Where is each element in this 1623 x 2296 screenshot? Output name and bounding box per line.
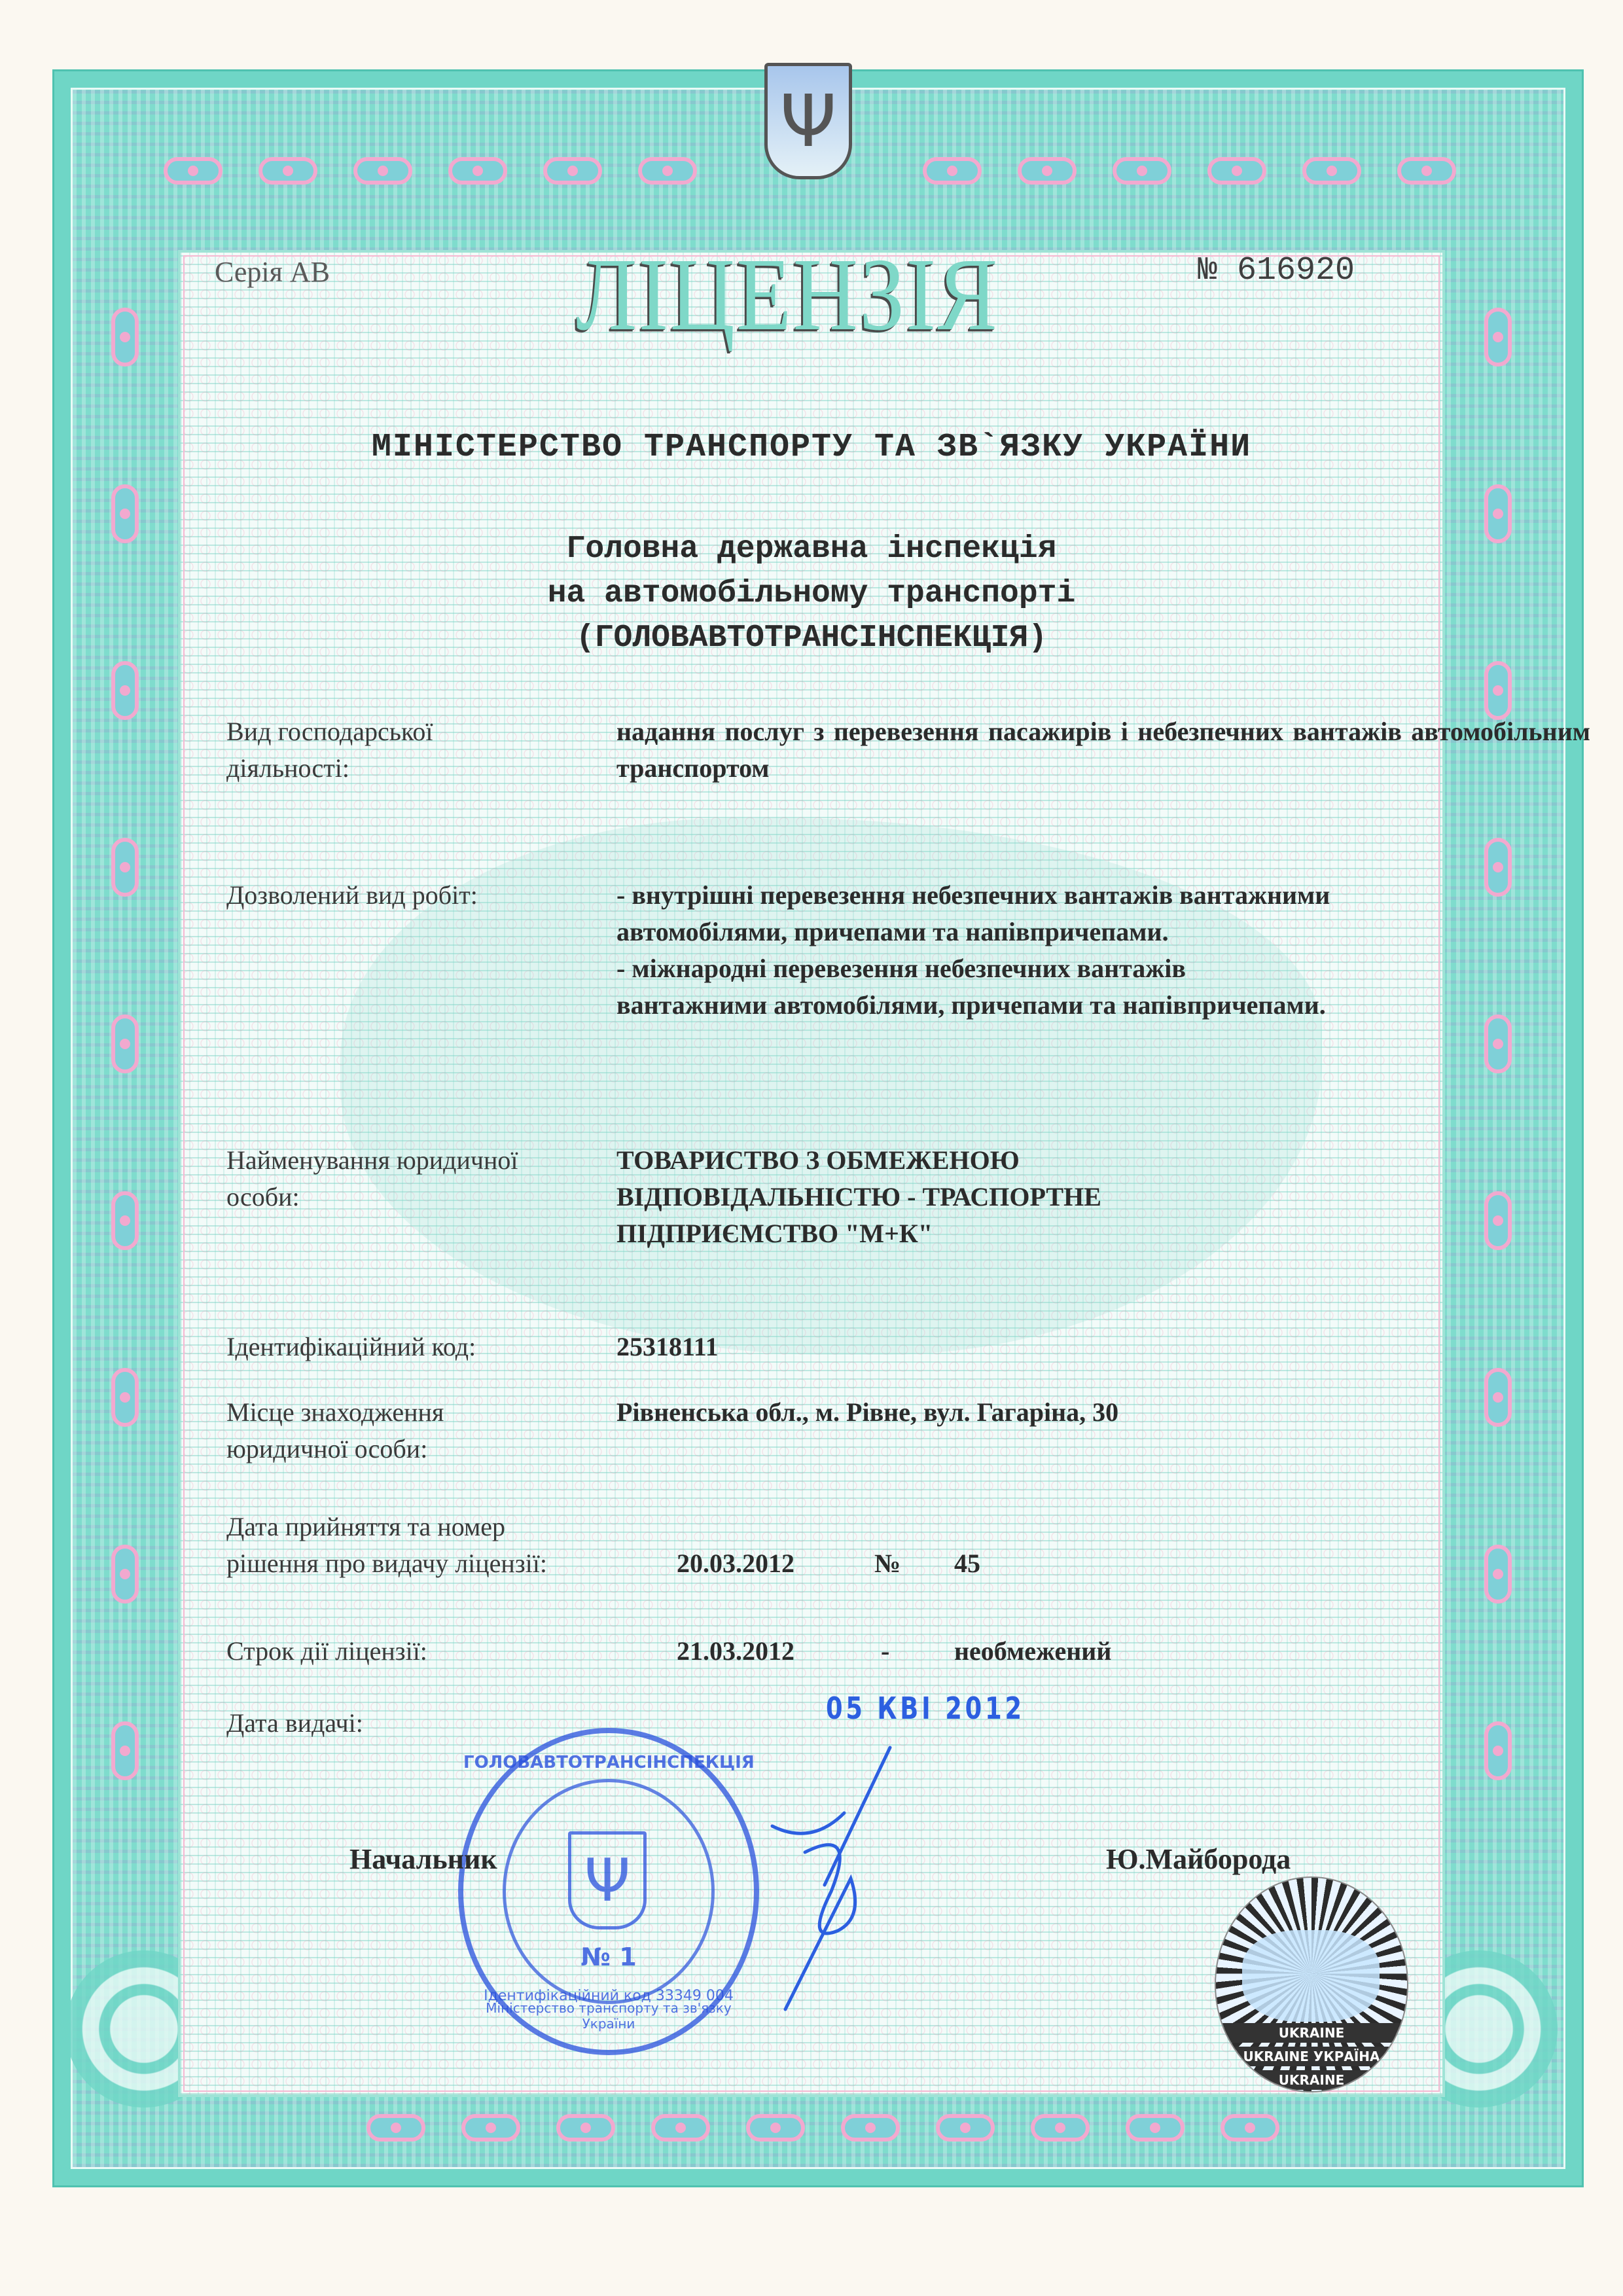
rosette-ornament	[1113, 157, 1171, 185]
field-label: Місце знаходження юридичної особи:	[226, 1394, 514, 1467]
validity-end: необмежений	[954, 1633, 1111, 1670]
rosette-ornament	[556, 2114, 615, 2142]
rosette-ornament	[111, 1368, 139, 1427]
hologram-band: UKRAINE УКРАЇНА	[1216, 2047, 1407, 2066]
validity-start: 21.03.2012	[677, 1633, 794, 1670]
seal-number: № 1	[463, 1943, 754, 1971]
hologram-band: UKRAINE	[1216, 2070, 1407, 2090]
rosette-ornament	[164, 157, 223, 185]
rosette-ornament	[841, 2114, 900, 2142]
decision-number-sign: №	[874, 1545, 901, 1582]
rosette-ornament	[1484, 1191, 1512, 1250]
decision-date: 20.03.2012	[677, 1545, 794, 1582]
decision-number: 45	[954, 1545, 980, 1582]
rosette-ornament	[1126, 2114, 1185, 2142]
rosette-ornament	[1484, 838, 1512, 897]
field-label: Ідентифікаційний код:	[226, 1329, 593, 1365]
rosette-ornament	[111, 1721, 139, 1780]
rosette-ornament	[1018, 157, 1077, 185]
seal-top-text: ГОЛОВАВТОТРАНСІНСПЕКЦІЯ	[463, 1753, 754, 1772]
rosette-ornament	[1484, 661, 1512, 720]
rosette-ornament	[111, 1191, 139, 1250]
handwritten-signature	[726, 1734, 923, 2022]
field-value-list: - внутрішні перевезення небезпечних вант…	[616, 877, 1336, 1024]
security-hologram: UKRAINE UKRAINE УКРАЇНА UKRAINE	[1215, 1876, 1408, 2092]
field-label: Дата видачі:	[226, 1705, 593, 1742]
document-title: ЛІЦЕНЗІЯ	[576, 234, 999, 354]
ministry-heading: МІНІСТЕРСТВО ТРАНСПОРТУ ТА ЗВ`ЯЗКУ УКРАЇ…	[0, 429, 1623, 466]
rosette-ornament	[111, 661, 139, 720]
rosette-ornament	[353, 157, 412, 185]
field-label: Дозволений вид робіт:	[226, 877, 593, 914]
field-label: Вид господарської діяльності:	[226, 713, 488, 787]
series-label: Серія АВ	[215, 255, 330, 289]
rosette-ornament	[923, 157, 982, 185]
field-label: Строк дії ліцензії:	[226, 1633, 593, 1670]
rosette-ornament	[111, 1545, 139, 1604]
hologram-band: UKRAINE	[1216, 2023, 1407, 2043]
rosette-ornament	[1031, 2114, 1090, 2142]
rosette-ornament	[448, 157, 507, 185]
license-number: № 616920	[1198, 252, 1355, 289]
permitted-work-item: - міжнародні перевезення небезпечних ван…	[616, 950, 1336, 1024]
inspection-line: Головна державна інспекція	[0, 527, 1623, 571]
signatory-position: Начальник	[349, 1842, 497, 1876]
rosette-ornament	[111, 1014, 139, 1073]
rosette-ornament	[1397, 157, 1456, 185]
field-label: Дата прийняття та номер рішення про вида…	[226, 1509, 593, 1582]
rosette-ornament	[936, 2114, 995, 2142]
field-value: 25318111	[616, 1329, 1590, 1365]
validity-dash: -	[881, 1633, 889, 1670]
signatory-name: Ю.Майборода	[1106, 1842, 1291, 1876]
coat-of-arms-tryzub-icon: Ψ	[764, 63, 852, 179]
field-value: ТОВАРИСТВО З ОБМЕЖЕНОЮ ВІДПОВІДАЛЬНІСТЮ …	[616, 1142, 1271, 1252]
rosette-ornament	[1484, 1545, 1512, 1604]
issue-date-stamp: 05 КВІ 2012	[826, 1691, 1025, 1726]
rosette-ornament	[1221, 2114, 1279, 2142]
permitted-work-item: - внутрішні перевезення небезпечних вант…	[616, 877, 1336, 950]
rosette-ornament	[746, 2114, 805, 2142]
field-value: Рівненська обл., м. Рівне, вул. Гагаріна…	[616, 1394, 1590, 1431]
rosette-ornament	[1484, 1014, 1512, 1073]
field-label: Найменування юридичної особи:	[226, 1142, 593, 1215]
seal-bottom-text: Міністерство транспорту та зв'язку Украї…	[463, 2000, 754, 2032]
rosette-ornament	[366, 2114, 425, 2142]
inspection-line: на автомобільному транспорті	[0, 571, 1623, 616]
rosette-ornament	[111, 308, 139, 367]
inspection-line: (ГОЛОВАВТОТРАНСІНСПЕКЦІЯ)	[0, 616, 1623, 660]
rosette-ornament	[543, 157, 602, 185]
rosette-ornament	[1484, 308, 1512, 367]
rosette-ornament	[1207, 157, 1266, 185]
rosette-ornament	[461, 2114, 520, 2142]
rosette-ornament	[651, 2114, 710, 2142]
rosette-ornament	[1302, 157, 1361, 185]
official-seal: ГОЛОВАВТОТРАНСІНСПЕКЦІЯ Ψ № 1 Ідентифіка…	[458, 1728, 759, 2055]
seal-tryzub-icon: Ψ	[568, 1831, 647, 1929]
rosette-ornament	[638, 157, 697, 185]
rosette-ornament	[111, 838, 139, 897]
hologram-map-icon	[1242, 1930, 1380, 2022]
field-value: надання послуг з перевезення пасажирів і…	[616, 713, 1590, 787]
inspection-heading: Головна державна інспекція на автомобіль…	[0, 527, 1623, 660]
rosette-ornament	[259, 157, 317, 185]
rosette-ornament	[1484, 1721, 1512, 1780]
